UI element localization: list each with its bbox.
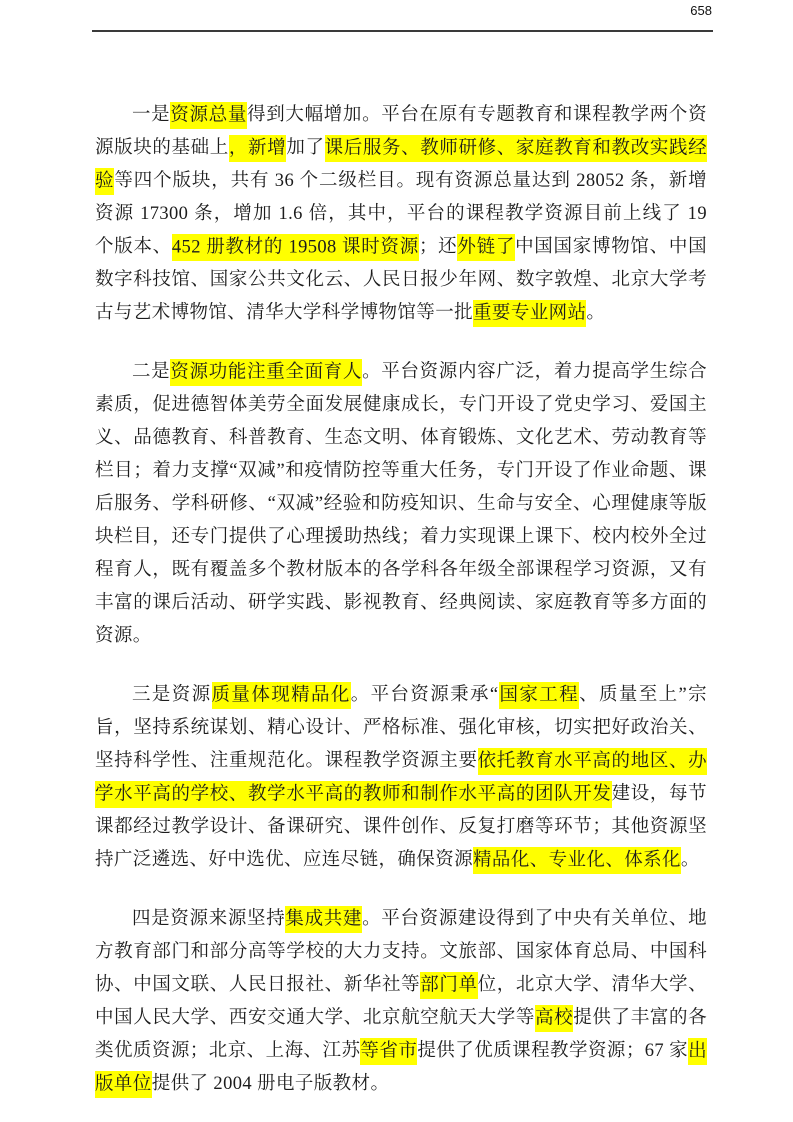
- highlight-segment: 资源功能注重全面育人: [170, 359, 362, 386]
- paragraph: 三是资源质量体现精品化。平台资源秉承“国家工程、质量至上”宗旨，坚持系统谋划、精…: [95, 679, 707, 877]
- highlight-segment: 高校: [535, 1005, 573, 1032]
- text-segment: ；还: [419, 237, 457, 257]
- text-segment: 一是: [132, 105, 170, 125]
- highlight-segment: 等省市: [360, 1038, 417, 1065]
- text-segment: 提供了优质课程教学资源；67 家: [417, 1041, 688, 1061]
- text-segment: 四是资源来源坚持: [132, 909, 285, 929]
- highlight-segment: 国家工程: [499, 682, 580, 709]
- highlight-segment: 部门单: [420, 972, 477, 999]
- highlight-segment: 外链了: [457, 234, 515, 261]
- document-body: 一是资源总量得到大幅增加。平台在原有专题教育和课程教学两个资源版块的基础上，新增…: [95, 99, 707, 1122]
- paragraph: 四是资源来源坚持集成共建。平台资源建设得到了中央有关单位、地方教育部门和部分高等…: [95, 903, 707, 1101]
- text-segment: 提供了 2004 册电子版教材。: [152, 1074, 390, 1094]
- text-segment: 。平台资源秉承“: [351, 685, 499, 705]
- paragraph: 二是资源功能注重全面育人。平台资源内容广泛，着力提高学生综合素质，促进德智体美劳…: [95, 356, 707, 653]
- text-segment: 。: [586, 303, 605, 323]
- highlight-segment: 精品化、专业化、体系化: [473, 847, 681, 874]
- text-segment: 三是资源: [132, 685, 212, 705]
- paragraph: 一是资源总量得到大幅增加。平台在原有专题教育和课程教学两个资源版块的基础上，新增…: [95, 99, 707, 330]
- header-rule: [92, 30, 713, 32]
- text-segment: 。: [681, 850, 700, 870]
- page-number: 658: [92, 3, 712, 18]
- highlight-segment: 452 册教材的 19508 课时资源: [172, 234, 419, 261]
- text-segment: 加了: [286, 138, 324, 158]
- text-segment: 二是: [132, 362, 170, 382]
- highlight-segment: 资源总量: [170, 102, 247, 129]
- highlight-segment: 集成共建: [285, 906, 362, 933]
- text-segment: 。平台资源内容广泛，着力提高学生综合素质，促进德智体美劳全面发展健康成长，专门开…: [95, 362, 707, 646]
- document-page: { "page": { "number": "658" }, "colors":…: [0, 0, 793, 1122]
- highlight-segment: 质量体现精品化: [212, 682, 351, 709]
- highlight-segment: ，新增: [229, 135, 286, 162]
- highlight-segment: 重要专业网站: [473, 300, 586, 327]
